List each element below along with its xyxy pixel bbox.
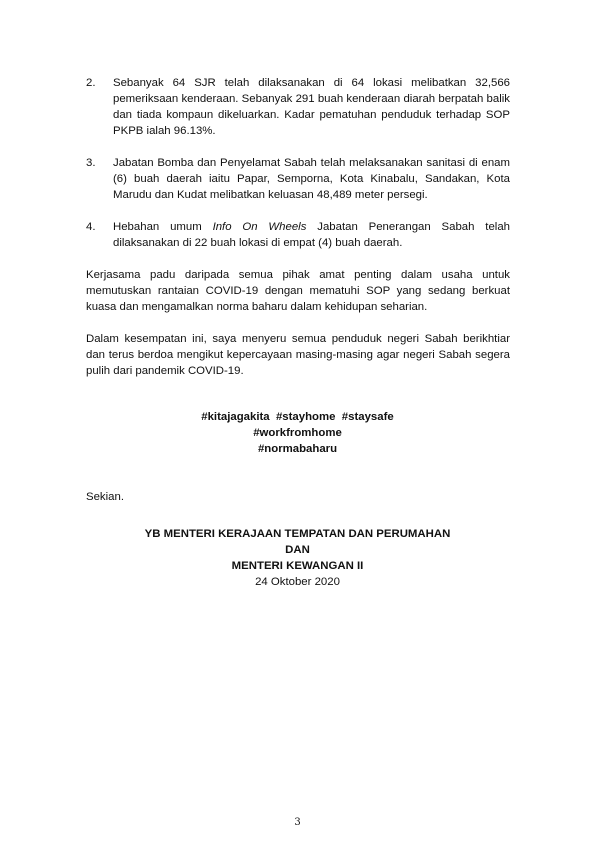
list-text: Jabatan Bomba dan Penyelamat Sabah telah… xyxy=(113,155,510,203)
closing-text: Sekian. xyxy=(86,489,510,505)
paragraph-appeal: Dalam kesempatan ini, saya menyeru semua… xyxy=(86,331,510,379)
hashtag-line-3: #normabaharu xyxy=(0,441,595,457)
text-segment: Hebahan umum xyxy=(113,221,213,233)
list-number: 4. xyxy=(86,219,96,235)
signature-title-3: MENTERI KEWANGAN II xyxy=(0,558,595,574)
signature-title-2: DAN xyxy=(0,542,595,558)
signature-date: 24 Oktober 2020 xyxy=(0,574,595,590)
list-number: 2. xyxy=(86,75,96,91)
list-text: Hebahan umum Info On Wheels Jabatan Pene… xyxy=(113,219,510,251)
list-item-4: 4. Hebahan umum Info On Wheels Jabatan P… xyxy=(86,219,511,251)
document-page: 2. Sebanyak 64 SJR telah dilaksanakan di… xyxy=(0,0,595,842)
list-text: Sebanyak 64 SJR telah dilaksanakan di 64… xyxy=(113,75,510,139)
list-item-2: 2. Sebanyak 64 SJR telah dilaksanakan di… xyxy=(86,75,511,139)
signature-title-1: YB MENTERI KERAJAAN TEMPATAN DAN PERUMAH… xyxy=(0,526,595,542)
list-item-3: 3. Jabatan Bomba dan Penyelamat Sabah te… xyxy=(86,155,511,203)
italic-program-name: Info On Wheels xyxy=(213,221,307,233)
paragraph-cooperation: Kerjasama padu daripada semua pihak amat… xyxy=(86,267,510,315)
list-number: 3. xyxy=(86,155,96,171)
hashtag-line-1: #kitajagakita #stayhome #staysafe xyxy=(0,409,595,425)
page-number: 3 xyxy=(0,817,595,828)
hashtag-line-2: #workfromhome xyxy=(0,425,595,441)
